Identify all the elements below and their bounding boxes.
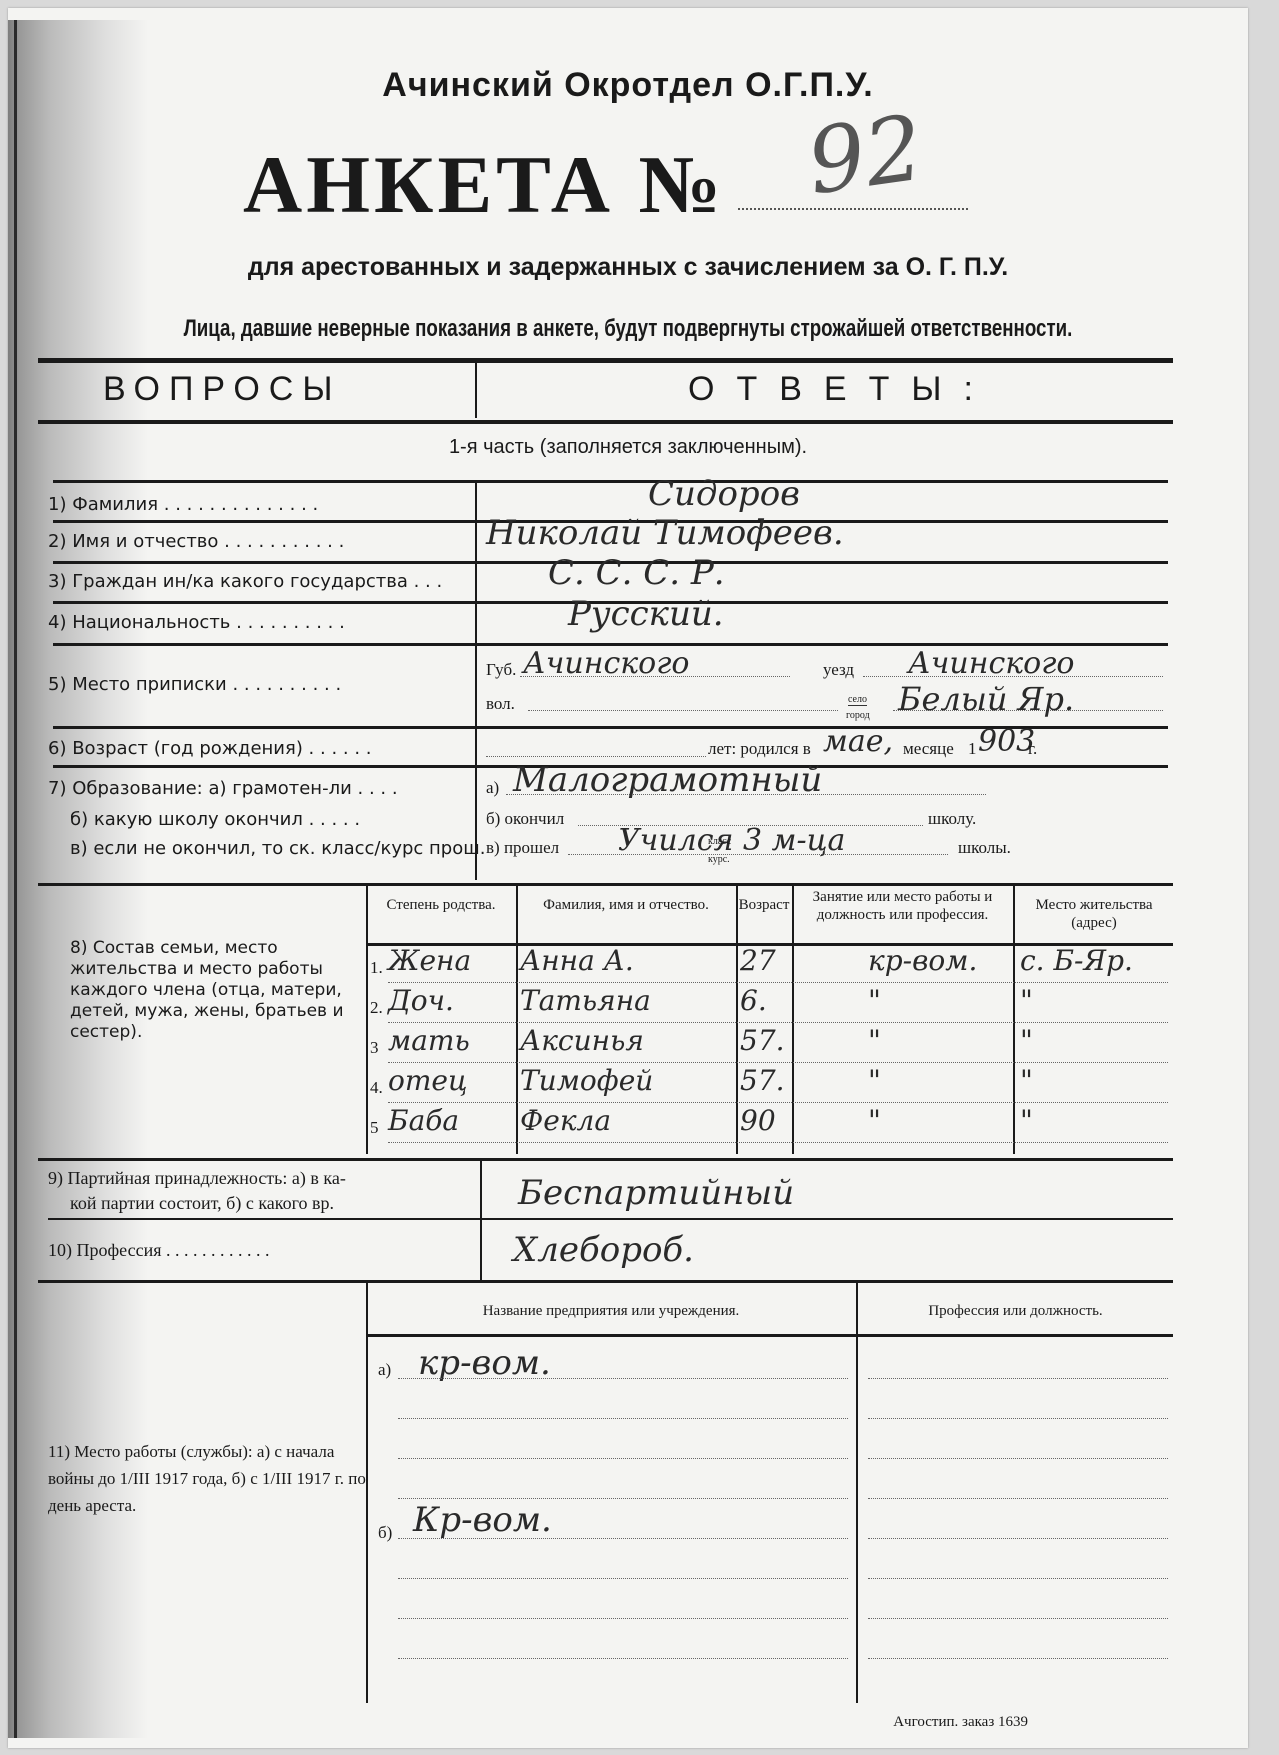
vol-label: вол. xyxy=(486,694,515,714)
form-title: АНКЕТА № xyxy=(243,138,725,232)
birth-year-suffix: г. xyxy=(1028,739,1037,759)
family-cell-name: Аксинья xyxy=(520,1024,644,1057)
family-row-number: 3 xyxy=(370,1038,379,1058)
birth-month-label: месяце xyxy=(903,739,954,759)
family-cell-occupation: " xyxy=(868,984,881,1017)
question-party-line1: 9) Партийная принадлежность: а) в ка- xyxy=(48,1168,346,1189)
work-a-value: кр-вом. xyxy=(418,1343,551,1383)
family-cell-relation: Баба xyxy=(388,1104,459,1137)
family-cell-relation: отец xyxy=(388,1064,468,1097)
work-answer-line xyxy=(398,1618,848,1619)
work-answer-line xyxy=(398,1498,848,1499)
family-cell-age: 6. xyxy=(740,984,767,1017)
birth-month-value: мае, xyxy=(823,724,893,759)
work-answer-line xyxy=(868,1498,1168,1499)
gorod-label: город xyxy=(846,710,870,721)
family-cell-relation: Жена xyxy=(388,944,471,977)
divider xyxy=(38,420,1173,424)
family-cell-name: Тимофей xyxy=(520,1064,653,1097)
education-a-value: Малограмотный xyxy=(513,760,822,800)
family-header-occupation: Занятие или место работы и должность или… xyxy=(794,888,1011,924)
gub-value: Ачинского xyxy=(523,646,689,681)
family-cell-address: " xyxy=(1020,1064,1033,1097)
birth-prefix: лет: родился в xyxy=(708,739,811,759)
family-row-number: 1. xyxy=(370,958,383,978)
family-cell-address: " xyxy=(1020,1024,1033,1057)
divider xyxy=(366,886,368,1154)
answer-citizenship: С. С. С. Р. xyxy=(548,553,725,593)
birth-year-printed: 1 xyxy=(968,739,977,759)
family-cell-relation: мать xyxy=(388,1024,470,1057)
question-profession: 10) Профессия . . . . . . . . . . . . xyxy=(48,1240,269,1261)
work-b-value: Кр-вом. xyxy=(413,1500,552,1540)
answer-surname: Сидоров xyxy=(648,474,800,514)
part-title: 1-я часть (заполняется заключенным). xyxy=(8,436,1248,459)
answer-name-patronymic: Николай Тимофеев. xyxy=(486,513,844,553)
selo-label: село xyxy=(848,694,867,706)
family-header-address: Место жительства (адрес) xyxy=(1015,896,1173,932)
question-registration: 5) Место приписки . . . . . . . . . . xyxy=(48,674,341,695)
family-cell-age: 27 xyxy=(740,944,776,977)
family-row-number: 4. xyxy=(370,1078,383,1098)
divider xyxy=(53,480,1168,483)
work-answer-line xyxy=(398,1538,848,1539)
work-answer-line xyxy=(868,1418,1168,1419)
family-row-line xyxy=(388,1022,1168,1023)
answers-column-heading: ОТВЕТЫ: xyxy=(688,370,995,409)
questionnaire-page: Ачинский Окротдел О.Г.П.У. АНКЕТА № 92 д… xyxy=(8,8,1248,1748)
divider xyxy=(38,883,1173,886)
work-answer-line xyxy=(868,1658,1168,1659)
birth-year-value: 903 xyxy=(978,724,1035,759)
family-cell-occupation: " xyxy=(868,1024,881,1057)
form-subtitle: для арестованных и задержанных с зачисле… xyxy=(8,253,1248,282)
divider xyxy=(475,363,477,418)
work-answer-line xyxy=(868,1578,1168,1579)
divider xyxy=(856,1283,858,1703)
family-cell-occupation: " xyxy=(868,1104,881,1137)
education-v-value: Учился 3 м-ца xyxy=(618,823,845,858)
question-surname: 1) Фамилия . . . . . . . . . . . . . . xyxy=(48,494,318,515)
gub-label: Губ. xyxy=(486,660,516,680)
family-cell-occupation: кр-вом. xyxy=(868,944,977,977)
family-row-number: 5 xyxy=(370,1118,379,1138)
education-v-label: в) прошел xyxy=(486,838,559,858)
divider xyxy=(792,886,794,1154)
family-cell-age: 57. xyxy=(740,1064,785,1097)
uezd-value: Ачинского xyxy=(908,646,1074,681)
question-nationality: 4) Национальность . . . . . . . . . . xyxy=(48,612,345,633)
answer-nationality: Русский. xyxy=(568,594,724,634)
printer-imprint: Ачгостип. заказ 1639 xyxy=(893,1714,1028,1731)
family-cell-age: 57. xyxy=(740,1024,785,1057)
family-cell-name: Татьяна xyxy=(520,984,651,1017)
education-a-label: а) xyxy=(486,778,499,798)
family-cell-occupation: " xyxy=(868,1064,881,1097)
kurs-label: курс. xyxy=(708,854,730,865)
klass-label: класс xyxy=(708,836,731,847)
question-education: 7) Образование: а) грамотен-ли . . . . xyxy=(48,778,398,799)
vol-line xyxy=(528,710,838,711)
divider xyxy=(366,1334,1173,1337)
family-cell-address: с. Б-Яр. xyxy=(1020,944,1133,977)
work-b-label: б) xyxy=(378,1523,392,1543)
question-name-patronymic: 2) Имя и отчество . . . . . . . . . . . xyxy=(48,531,344,552)
divider xyxy=(480,1161,482,1281)
office-heading: Ачинский Окротдел О.Г.П.У. xyxy=(8,66,1248,105)
work-answer-line xyxy=(868,1458,1168,1459)
family-header-age: Возраст xyxy=(738,896,790,914)
family-cell-age: 90 xyxy=(740,1104,776,1137)
work-answer-line xyxy=(868,1538,1168,1539)
family-row-line xyxy=(388,1102,1168,1103)
question-party-line2: кой партии состоит, б) с какого вр. xyxy=(70,1193,334,1214)
family-row-line xyxy=(388,1142,1168,1143)
questions-column-heading: ВОПРОСЫ xyxy=(103,370,341,409)
education-b-label: б) окончил xyxy=(486,809,564,829)
education-b-suffix: школу. xyxy=(928,809,976,829)
work-header-position: Профессия или должность. xyxy=(858,1302,1173,1320)
question-grades-passed: в) если не окончил, то ск. класс/курс пр… xyxy=(70,838,485,859)
work-answer-line xyxy=(398,1458,848,1459)
question-workplace: 11) Место работы (службы): а) с начала в… xyxy=(48,1438,368,1519)
divider xyxy=(38,1158,1173,1161)
family-row-line xyxy=(388,1062,1168,1063)
divider xyxy=(516,886,518,1154)
work-answer-line xyxy=(868,1378,1168,1379)
selo-value: Белый Яр. xyxy=(898,680,1074,718)
form-number-handwritten: 92 xyxy=(801,96,929,216)
work-answer-line xyxy=(398,1578,848,1579)
work-answer-line xyxy=(868,1618,1168,1619)
divider xyxy=(38,358,1173,363)
form-warning: Лица, давшие неверные показания в анкете… xyxy=(144,315,1111,343)
answer-party: Беспартийный xyxy=(518,1173,794,1213)
work-header-enterprise: Название предприятия или учреждения. xyxy=(368,1302,854,1320)
divider xyxy=(475,480,477,880)
family-cell-name: Анна А. xyxy=(520,944,634,977)
question-family: 8) Состав семьи, место жительства и мест… xyxy=(70,938,360,1043)
family-cell-address: " xyxy=(1020,1104,1033,1137)
work-a-label: а) xyxy=(378,1360,391,1380)
work-answer-line xyxy=(398,1418,848,1419)
family-cell-address: " xyxy=(1020,984,1033,1017)
divider xyxy=(48,1218,1173,1220)
question-school-finished: б) какую школу окончил . . . . . xyxy=(70,809,360,830)
age-line xyxy=(486,756,706,757)
education-v-suffix: школы. xyxy=(958,838,1011,858)
family-cell-relation: Доч. xyxy=(388,984,454,1017)
work-answer-line xyxy=(398,1378,848,1379)
uezd-label: уезд xyxy=(823,660,854,680)
family-row-line xyxy=(388,982,1168,983)
family-header-relation: Степень родства. xyxy=(368,896,514,914)
work-answer-line xyxy=(398,1658,848,1659)
divider xyxy=(38,1280,1173,1283)
divider xyxy=(736,886,738,1154)
answer-profession: Хлебороб. xyxy=(513,1230,694,1270)
family-cell-name: Фекла xyxy=(520,1104,611,1137)
family-header-name: Фамилия, имя и отчество. xyxy=(518,896,734,914)
family-row-number: 2. xyxy=(370,998,383,1018)
question-citizenship: 3) Граждан ин/ка какого государства . . … xyxy=(48,571,442,592)
question-age: 6) Возраст (год рождения) . . . . . . xyxy=(48,738,372,759)
